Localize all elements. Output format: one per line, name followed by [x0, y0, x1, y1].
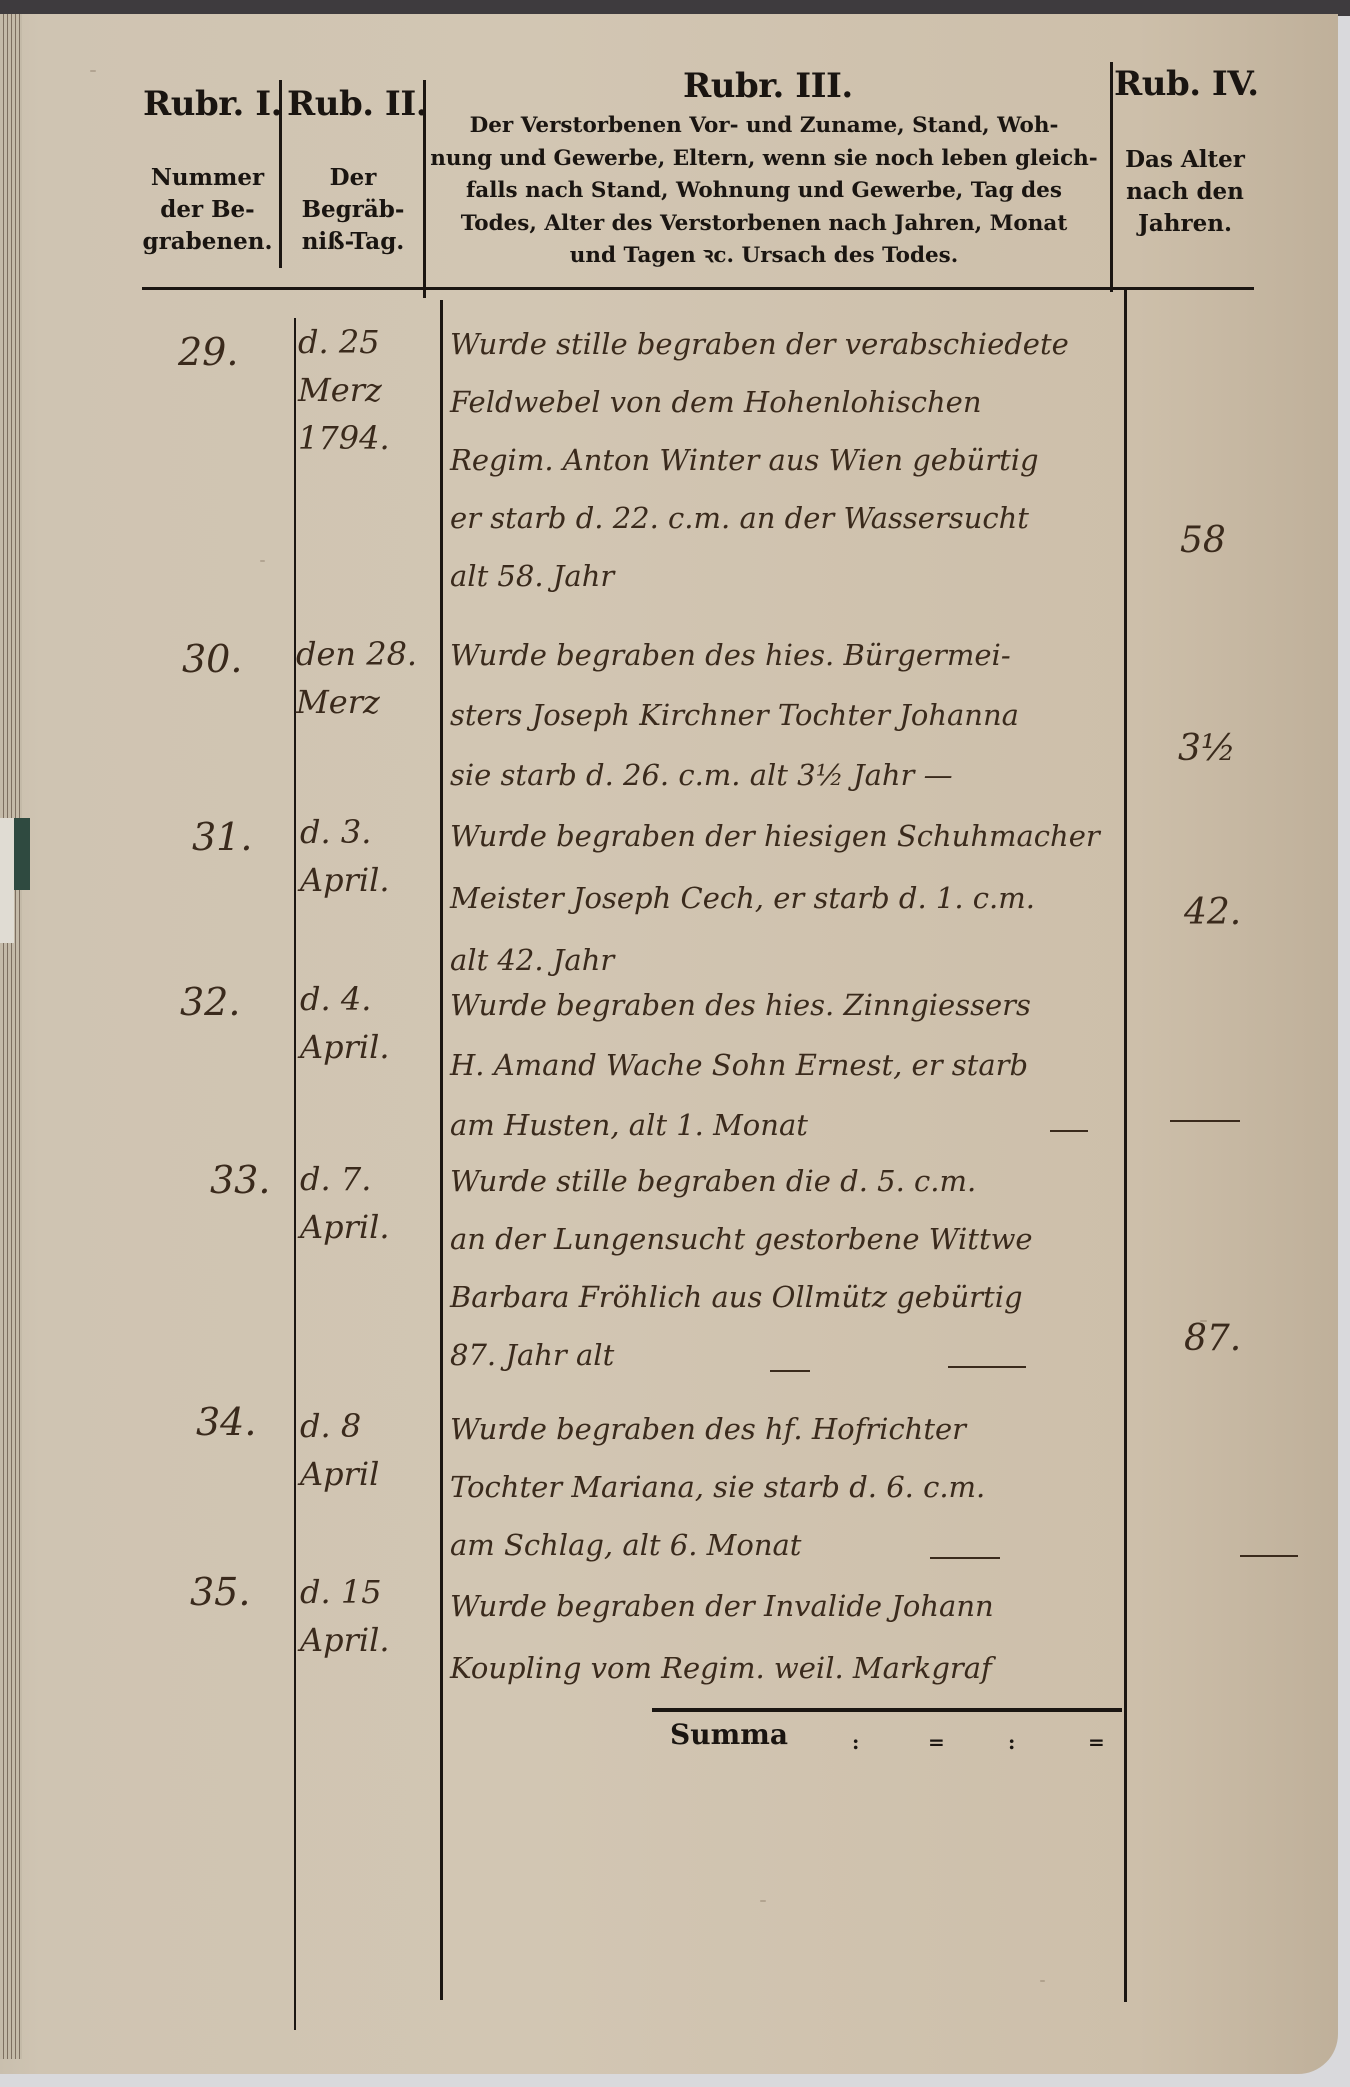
entry-number: 30. [182, 637, 242, 681]
column-divider-3 [1124, 290, 1127, 2002]
entry-text: Wurde begraben der hiesigen Schuhmacher … [450, 805, 1100, 991]
entry-number: 32. [180, 980, 240, 1024]
age-years: 3½ [1178, 728, 1236, 769]
paper-fleck [760, 1900, 766, 1902]
header-bottom-rule [142, 287, 1254, 290]
paper-fleck [90, 70, 96, 72]
rubric-1-label: Nummer der Be- grabenen. [140, 162, 275, 258]
entry-number: 29. [178, 330, 238, 374]
rubric-3-title: Rubr. III. [683, 66, 853, 106]
burial-date: d. 25 Merz 1794. [298, 318, 390, 462]
entry-text: Wurde begraben des hf. Hofrichter Tochte… [450, 1400, 985, 1574]
summa-mark: : [1008, 1730, 1015, 1754]
age-years: 87. [1184, 1318, 1241, 1359]
summa-mark: : [852, 1730, 859, 1754]
burial-date: den 28. Merz [296, 630, 417, 726]
burial-date: d. 3. April. [300, 808, 390, 904]
entry-number: 33. [210, 1158, 270, 1202]
rubric-1-title: Rubr. I. [143, 84, 282, 124]
column-divider-2 [440, 300, 443, 2000]
entry-text: Wurde begraben der Invalide Johann Koupl… [450, 1575, 994, 1699]
page-stack-edge [0, 14, 22, 2059]
entry-number: 35. [190, 1570, 250, 1614]
rubric-3-label: Der Verstorbenen Vor- und Zuname, Stand,… [430, 110, 1098, 273]
burial-date: d. 8 April [300, 1402, 379, 1498]
header-divider-3 [1110, 62, 1113, 292]
blank-dash [948, 1366, 1026, 1368]
entry-number: 34. [196, 1400, 256, 1444]
paper-fleck [1040, 1980, 1045, 1982]
paper-fleck [260, 560, 265, 562]
age-years: 42. [1184, 892, 1241, 933]
burial-date: d. 15 April. [300, 1568, 390, 1664]
summa-rule [652, 1708, 1122, 1712]
entry-text: Wurde begraben des hies. Bürgermei- ster… [450, 625, 1019, 805]
age-years: 58 [1180, 520, 1226, 561]
header-divider-2 [423, 80, 426, 298]
entry-text: Wurde begraben des hies. Zinngiessers H.… [450, 975, 1031, 1155]
header-divider-1 [279, 80, 282, 268]
burial-date: d. 4. April. [300, 975, 390, 1071]
blank-dash [930, 1557, 1000, 1559]
rubric-4-title: Rub. IV. [1114, 64, 1259, 104]
summa-mark: = [1088, 1730, 1105, 1754]
blank-dash [770, 1370, 810, 1372]
entry-text: Wurde stille begraben die d. 5. c.m. an … [450, 1152, 1033, 1384]
rubric-2-title: Rub. II. [287, 84, 427, 124]
column-divider-1 [294, 318, 296, 2030]
rubric-2-label: Der Begräb- niß-Tag. [288, 162, 418, 258]
age-blank-dash [1240, 1555, 1298, 1557]
bookmark-paper-tab [0, 818, 14, 943]
age-blank-dash [1170, 1120, 1240, 1122]
summa-mark: = [928, 1730, 945, 1754]
burial-date: d. 7. April. [300, 1155, 390, 1251]
blank-dash [1050, 1130, 1088, 1132]
entry-text: Wurde stille begraben der verabschiedete… [450, 315, 1069, 605]
bookmark-ribbon [14, 818, 30, 890]
entry-number: 31. [192, 815, 252, 859]
summa-label: Summa [670, 1718, 788, 1751]
rubric-4-label: Das Alter nach den Jahren. [1112, 144, 1258, 240]
